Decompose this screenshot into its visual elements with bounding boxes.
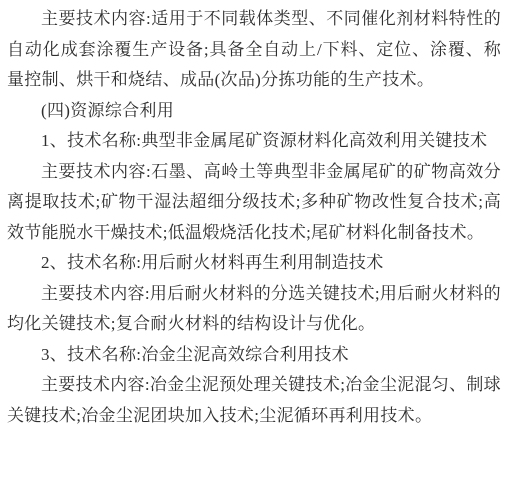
paragraph-tech-content-3: 主要技术内容:冶金尘泥预处理关键技术;冶金尘泥混匀、制球关键技术;冶金尘泥团块加… <box>7 370 501 431</box>
paragraph-tech-name-1: 1、技术名称:典型非金属尾矿资源材料化高效利用关键技术 <box>7 126 501 157</box>
paragraph-tech-content-1: 主要技术内容:石墨、高岭土等典型非金属尾矿的矿物高效分离提取技术;矿物干湿法超细… <box>7 157 501 249</box>
paragraph-tech-name-3: 3、技术名称:冶金尘泥高效综合利用技术 <box>7 340 501 371</box>
section-heading-resource-utilization: (四)资源综合利用 <box>7 96 501 127</box>
paragraph-tech-content-coating: 主要技术内容:适用于不同载体类型、不同催化剂材料特性的自动化成套涂覆生产设备;具… <box>7 4 501 96</box>
paragraph-tech-name-2: 2、技术名称:用后耐火材料再生利用制造技术 <box>7 248 501 279</box>
document-page: 主要技术内容:适用于不同载体类型、不同催化剂材料特性的自动化成套涂覆生产设备;具… <box>0 0 510 497</box>
paragraph-tech-content-2: 主要技术内容:用后耐火材料的分选关键技术;用后耐火材料的均化关键技术;复合耐火材… <box>7 279 501 340</box>
